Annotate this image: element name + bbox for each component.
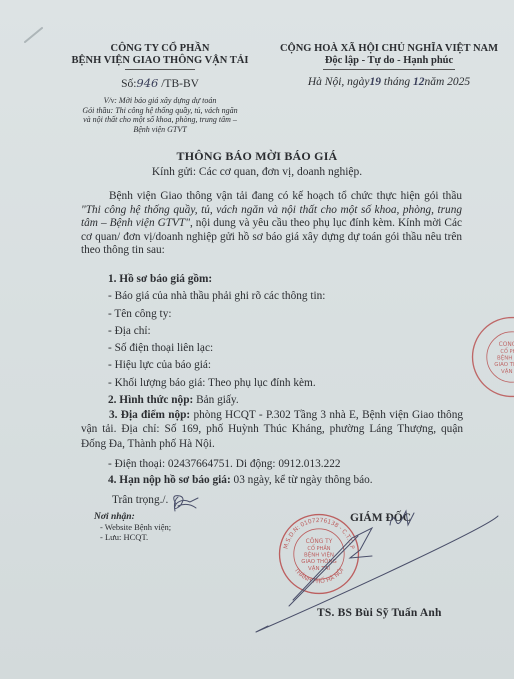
issue-date: Hà Nội, ngày19 tháng 12năm 2025 xyxy=(268,76,510,88)
section-2-value: Bản giấy. xyxy=(193,394,238,406)
intro-paragraph: Bệnh viện Giao thông vận tải đang có kế … xyxy=(81,190,462,258)
section-4-value: 03 ngày, kể từ ngày thông báo. xyxy=(231,474,373,486)
list-item: - Khối lượng báo giá: Theo phụ lục đính … xyxy=(108,375,325,392)
company-seal-icon: M.S.D.N: 0107276138 - C.T.C.P THÀNH PHỐ … xyxy=(277,512,361,596)
contact-phone: - Điện thoại: 02437664751. Di động: 0912… xyxy=(108,458,341,470)
intro-part1: Bệnh viện Giao thông vận tải đang có kế … xyxy=(109,190,462,202)
svg-text:VẬN TẢI: VẬN TẢI xyxy=(501,367,514,375)
motto-underline xyxy=(323,69,455,70)
date-day: 19 xyxy=(370,76,382,88)
section-4-label: 4. Hạn nộp hồ sơ báo giá: xyxy=(108,474,231,486)
director-name: TS. BS Bùi Sỹ Tuấn Anh xyxy=(317,607,442,619)
section-1: 1. Hồ sơ báo giá gồm: - Báo giá của nhà … xyxy=(108,271,325,409)
svg-text:VẬN TẢI: VẬN TẢI xyxy=(308,564,330,572)
number-handwritten: 946 xyxy=(136,76,158,90)
edge-seal-icon: CÔNG TY CỔ PHẦN BỆNH VIỆN GIAO THÔNG VẬN… xyxy=(470,315,514,399)
section-3: 3. Địa điểm nộp: phòng HCQT - P.302 Tầng… xyxy=(81,408,463,451)
number-prefix: Số: xyxy=(121,78,136,90)
document-number: Số:946 /TB-BV xyxy=(60,76,260,90)
section-3-label: 3. Địa điểm nộp: xyxy=(109,409,190,421)
section-1-heading: 1. Hồ sơ báo giá gồm: xyxy=(108,271,325,288)
svg-text:BỆNH VIỆN: BỆNH VIỆN xyxy=(497,354,514,362)
recipients: Nơi nhận: - Website Bệnh viện; - Lưu: HC… xyxy=(94,512,171,542)
svg-text:BỆNH VIỆN: BỆNH VIỆN xyxy=(304,551,334,559)
svg-text:GIAO THÔNG: GIAO THÔNG xyxy=(494,361,514,368)
recipient-item: - Lưu: HCQT. xyxy=(94,532,171,542)
date-prefix: Hà Nội, ngày xyxy=(308,76,370,88)
closing: Trân trọng./. xyxy=(112,494,168,506)
subject-line: Bệnh viện GTVT xyxy=(55,125,265,135)
national-header: CỘNG HOÀ XÃ HỘI CHỦ NGHĨA VIỆT NAM Độc l… xyxy=(268,43,510,70)
date-year: năm 2025 xyxy=(424,76,470,88)
national-motto: Độc lập - Tự do - Hạnh phúc xyxy=(268,55,510,67)
svg-text:CỔ PHẦN: CỔ PHẦN xyxy=(500,347,514,355)
subject-line: V/v: Mời báo giá xây dựng dự toán xyxy=(55,96,265,106)
list-item: - Số điện thoại liên lạc: xyxy=(108,340,325,357)
document-title: THÔNG BÁO MỜI BÁO GIÁ xyxy=(0,149,514,164)
subject-line: Gói thầu: Thi công hệ thống quầy, tủ, vá… xyxy=(55,106,265,116)
svg-text:GIAO THÔNG: GIAO THÔNG xyxy=(301,558,337,565)
recipient-item: - Website Bệnh viện; xyxy=(94,522,171,532)
svg-text:CÔNG TY: CÔNG TY xyxy=(306,538,333,545)
recipients-label: Nơi nhận: xyxy=(94,512,171,522)
date-month: 12 xyxy=(413,76,425,88)
issuer-header: CÔNG TY CỔ PHẦN BỆNH VIỆN GIAO THÔNG VẬN… xyxy=(60,43,260,70)
greeting: Kính gửi: Các cơ quan, đơn vị, doanh ngh… xyxy=(0,166,514,178)
issuer-underline xyxy=(125,69,195,70)
date-mid: tháng xyxy=(381,76,413,88)
document-page: CÔNG TY CỔ PHẦN BỆNH VIỆN GIAO THÔNG VẬN… xyxy=(0,0,514,679)
issuer-line1: CÔNG TY CỔ PHẦN xyxy=(60,43,260,55)
number-suffix: /TB-BV xyxy=(158,78,199,90)
list-item: - Tên công ty: xyxy=(108,306,325,323)
subject-block: V/v: Mời báo giá xây dựng dự toán Gói th… xyxy=(55,96,265,134)
svg-text:CÔNG TY: CÔNG TY xyxy=(499,341,514,348)
section-2-label: 2. Hình thức nộp: xyxy=(108,394,193,406)
section-2: 2. Hình thức nộp: Bản giấy. xyxy=(108,392,325,409)
svg-text:CỔ PHẦN: CỔ PHẦN xyxy=(307,544,330,552)
subject-line: và nội thất cho một số khoa, phòng, trun… xyxy=(55,115,265,125)
national-title: CỘNG HOÀ XÃ HỘI CHỦ NGHĨA VIỆT NAM xyxy=(268,43,510,55)
list-item: - Báo giá của nhà thầu phải ghi rõ các t… xyxy=(108,288,325,305)
list-item: - Hiệu lực của báo giá: xyxy=(108,357,325,374)
section-4: 4. Hạn nộp hồ sơ báo giá: 03 ngày, kể từ… xyxy=(108,474,373,486)
issuer-line2: BỆNH VIỆN GIAO THÔNG VẬN TẢI xyxy=(60,55,260,67)
list-item: - Địa chỉ: xyxy=(108,323,325,340)
